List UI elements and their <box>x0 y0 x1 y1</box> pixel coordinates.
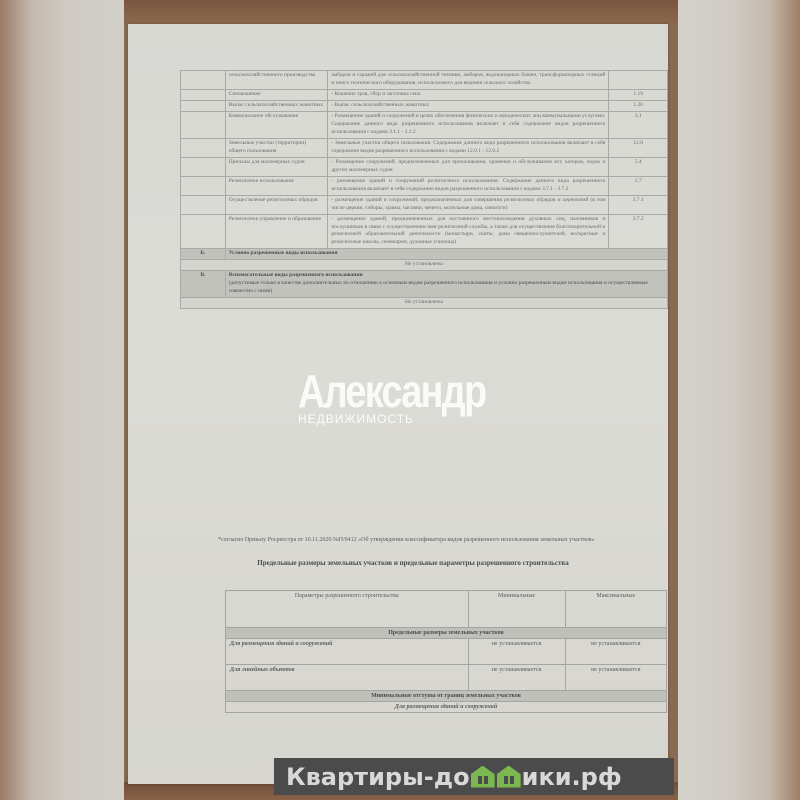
cell-name: Выпас сельскохозяйственных животных <box>225 100 328 111</box>
cell-no <box>181 111 226 138</box>
params-band-row: Предельные размеры земельных участков <box>226 628 667 639</box>
land-use-row: Религиозное использование- размещение зд… <box>181 176 668 195</box>
cell-no <box>181 89 226 100</box>
cell-no <box>181 138 226 157</box>
cell-no <box>181 157 226 176</box>
row-min: не устанавливается <box>468 665 565 691</box>
cell-no <box>181 214 226 249</box>
row-label: Для размещения зданий и сооружений <box>226 639 469 665</box>
params-band-row: Минимальные отступы от границ земельных … <box>226 691 667 702</box>
land-use-row: Причалы для маломерных судов- Размещение… <box>181 157 668 176</box>
cell-desc: - Размещение зданий и сооружений в целях… <box>328 111 609 138</box>
land-use-row: сельскохозяйственного производстваамбаро… <box>181 71 668 90</box>
cell-name: Осуществление религиозных обрядов <box>225 195 328 214</box>
cell-name: Причалы для маломерных судов <box>225 157 328 176</box>
section-v-value-row: Не установлены <box>181 298 668 309</box>
cell-desc: - Размещение сооружений, предназначенных… <box>328 157 609 176</box>
cell-no <box>181 100 226 111</box>
background-blur-left <box>0 0 124 800</box>
cell-desc: - размещение зданий, предназначенных для… <box>328 214 609 249</box>
cell-code: 3.7.2 <box>609 214 668 249</box>
cell-desc: амбаров и гаражей для сельскохозяйственн… <box>328 71 609 90</box>
cell-name: Сенокошение <box>225 89 328 100</box>
params-subheader-row: Для размещения зданий и сооружений <box>226 702 667 713</box>
cell-desc: - Кошение трав, сбор и заготовка сена <box>328 89 609 100</box>
params-row: Для линейных объектов не устанавливается… <box>226 665 667 691</box>
cell-no <box>181 71 226 90</box>
header-params: Параметры разрешенного строительства <box>226 591 469 628</box>
section-b-value: Не установлены <box>181 260 668 271</box>
band-land-sizes: Предельные размеры земельных участков <box>226 628 667 639</box>
cell-name: Земельные участки (территории) общего по… <box>225 138 328 157</box>
banner-text-end: ики.рф <box>522 763 622 791</box>
params-header-row: Параметры разрешенного строительства Мин… <box>226 591 667 628</box>
land-use-row: Сенокошение- Кошение трав, сбор и загото… <box>181 89 668 100</box>
cell-code: 1.20 <box>609 100 668 111</box>
land-use-row: Земельные участки (территории) общего по… <box>181 138 668 157</box>
cell-desc: - Выпас сельскохозяйственных животных <box>328 100 609 111</box>
cell-name: сельскохозяйственного производства <box>225 71 328 90</box>
cell-desc: - размещение зданий и сооружений, предна… <box>328 195 609 214</box>
header-max: Максимальные <box>565 591 666 628</box>
site-banner: Квартиры-до ики.рф <box>274 758 674 795</box>
land-use-row: Осуществление религиозных обрядов- разме… <box>181 195 668 214</box>
header-min: Минимальные <box>468 591 565 628</box>
section-v-row: В. Вспомогательные виды разрешенного исп… <box>181 271 668 298</box>
params-row: Для размещения зданий и сооружений не ус… <box>226 639 667 665</box>
house-icon <box>497 766 521 788</box>
cell-name: Коммунальное обслуживание <box>225 111 328 138</box>
section-v-subtitle: (допустимые только в качестве дополнител… <box>229 280 664 296</box>
section-v-cell: Вспомогательные виды разрешенного исполь… <box>225 271 667 298</box>
cell-no <box>181 176 226 195</box>
setbacks-subheader: Для размещения зданий и сооружений <box>226 702 667 713</box>
land-use-table: сельскохозяйственного производстваамбаро… <box>180 70 668 309</box>
table-surface-top <box>124 0 678 26</box>
house-icon <box>471 766 495 788</box>
band-setbacks: Минимальные отступы от границ земельных … <box>226 691 667 702</box>
section-b-row: Б. Условно разрешенные виды использовани… <box>181 249 668 260</box>
cell-no <box>181 195 226 214</box>
cell-code: 3.7 <box>609 176 668 195</box>
construction-params-table: Параметры разрешенного строительства Мин… <box>225 590 667 713</box>
cell-desc: - Земельные участки общего пользования. … <box>328 138 609 157</box>
land-use-row: Выпас сельскохозяйственных животных- Вып… <box>181 100 668 111</box>
section-b-title: Условно разрешенные виды использования <box>225 249 667 260</box>
land-use-row: Коммунальное обслуживание- Размещение зд… <box>181 111 668 138</box>
row-max: не устанавливается <box>565 665 666 691</box>
banner-text-start: Квартиры-до <box>286 763 470 791</box>
section-heading: Предельные размеры земельных участков и … <box>198 559 628 568</box>
document-page: сельскохозяйственного производстваамбаро… <box>128 24 668 784</box>
row-label: Для линейных объектов <box>226 665 469 691</box>
background-blur-right <box>678 0 800 800</box>
cell-code: 3.7.1 <box>609 195 668 214</box>
cell-name: Религиозное использование <box>225 176 328 195</box>
land-use-row: Религиозное управление и образование- ра… <box>181 214 668 249</box>
cell-code: 3.1 <box>609 111 668 138</box>
cell-desc: - размещение зданий и сооружений религио… <box>328 176 609 195</box>
cell-code <box>609 71 668 90</box>
cell-code: 5.4 <box>609 157 668 176</box>
section-v-number: В. <box>181 271 226 298</box>
row-max: не устанавливается <box>565 639 666 665</box>
cell-name: Религиозное управление и образование <box>225 214 328 249</box>
row-min: не устанавливается <box>468 639 565 665</box>
cell-code: 1.19 <box>609 89 668 100</box>
section-b-value-row: Не установлены <box>181 260 668 271</box>
cell-code: 12.0 <box>609 138 668 157</box>
section-b-number: Б. <box>181 249 226 260</box>
section-v-value: Не установлены <box>181 298 668 309</box>
footnote: *согласно Приказу Росреестра от 10.11.20… <box>218 536 648 544</box>
